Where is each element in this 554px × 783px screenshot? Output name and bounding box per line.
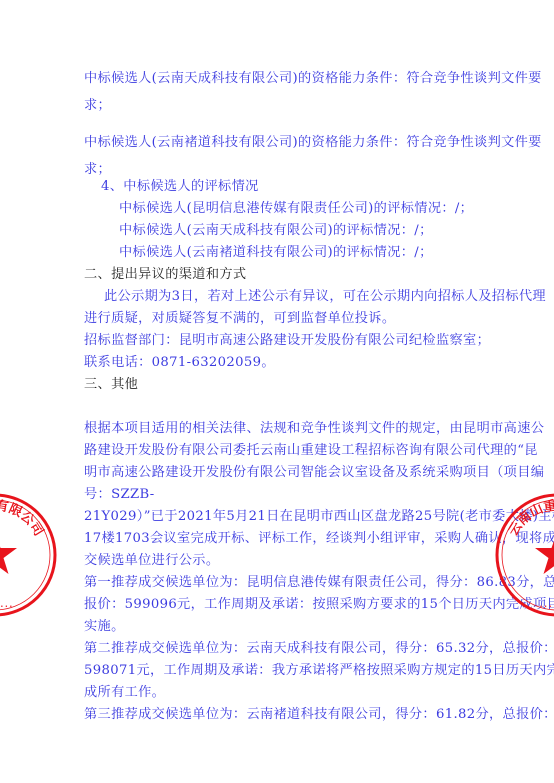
other-line: 明市高速公路建设开发股份有限公司智能会议室设备及系统采购项目（项目编	[84, 464, 544, 482]
other-line: 路建设开发股份有限公司委托云南山重建设工程招标咨询有限公司代理的“昆	[84, 442, 538, 460]
first-candidate-line: 报价：599096元，工作周期及承诺：按照采购方要求的15个日历天内完成项目	[84, 596, 554, 614]
other-line: 17楼1703会议室完成开标、评标工作，经谈判小组评审，采购人确认，现将成	[84, 530, 554, 548]
qualification-line: 中标候选人(云南褚道科技有限公司)的资格能力条件：符合竞争性谈判文件要	[84, 134, 542, 152]
other-line: 号：SZZB-	[84, 486, 155, 504]
other-line: 交候选单位进行公示。	[84, 552, 219, 570]
second-candidate-line: 598071元，工作周期及承诺：我方承诺将严格按照采购方规定的15日历天内完	[84, 662, 554, 680]
second-candidate-line: 成所有工作。	[84, 684, 165, 702]
section-objection-heading: 二、提出异议的渠道和方式	[84, 266, 246, 284]
first-candidate-line: 第一推荐成交候选单位为：昆明信息港传媒有限责任公司，得分：86.83分，总	[84, 574, 554, 592]
contact-phone: 联系电话：0871-63202059。	[84, 354, 275, 372]
objection-paragraph: 此公示期为3日，若对上述公示有异议，可在公示期内向招标人及招标代理	[104, 288, 546, 306]
svg-text:云南山重建设工程: 云南山重建设工程	[506, 498, 554, 539]
qualification-line: 求；	[84, 161, 111, 179]
objection-paragraph: 进行质疑，对质疑答复不满的，可到监督单位投诉。	[84, 310, 395, 328]
evaluation-item: 中标候选人(云南天成科技有限公司)的评标情况：/；	[119, 222, 433, 240]
other-line: 根据本项目适用的相关法律、法规和竞争性谈判文件的规定，由昆明市高速公	[84, 420, 544, 438]
first-candidate-line: 实施。	[84, 618, 125, 636]
third-candidate-line: 第三推荐成交候选单位为：云南褚道科技有限公司，得分：61.82分，总报价：	[84, 706, 554, 724]
document-page: 中标候选人(云南天成科技有限公司)的资格能力条件：符合竞争性谈判文件要 求； 中…	[0, 0, 554, 783]
supervision-dept: 招标监督部门：昆明市高速公路建设开发股份有限公司纪检监察室；	[84, 332, 490, 350]
qualification-line: 中标候选人(云南天成科技有限公司)的资格能力条件：符合竞争性谈判文件要	[84, 70, 542, 88]
left-seal-stamp: 招标咨询有限公司 • • • • • • • •	[0, 490, 60, 620]
svg-text:• • • • • • • •: • • • • • • • •	[540, 604, 554, 610]
qualification-line: 求；	[84, 97, 111, 115]
evaluation-item: 中标候选人(云南褚道科技有限公司)的评标情况：/；	[119, 244, 433, 262]
evaluation-item: 中标候选人(昆明信息港传媒有限责任公司)的评标情况：/；	[119, 200, 473, 218]
section-4-title: 4、中标候选人的评标情况	[101, 178, 259, 196]
seal-icon: 云南山重建设工程 • • • • • • • •	[492, 490, 554, 620]
right-seal-stamp: 云南山重建设工程 • • • • • • • •	[492, 490, 554, 620]
seal-icon: 招标咨询有限公司 • • • • • • • •	[0, 490, 60, 620]
svg-text:• • • • • • • •: • • • • • • • •	[0, 604, 12, 610]
section-other-heading: 三、其他	[84, 376, 138, 394]
other-line: 21Y029）”已于2021年5月21日在昆明市西山区盘龙路25号院(老市委大楼…	[84, 508, 554, 526]
second-candidate-line: 第二推荐成交候选单位为：云南天成科技有限公司，得分：65.32分，总报价：	[84, 640, 554, 658]
